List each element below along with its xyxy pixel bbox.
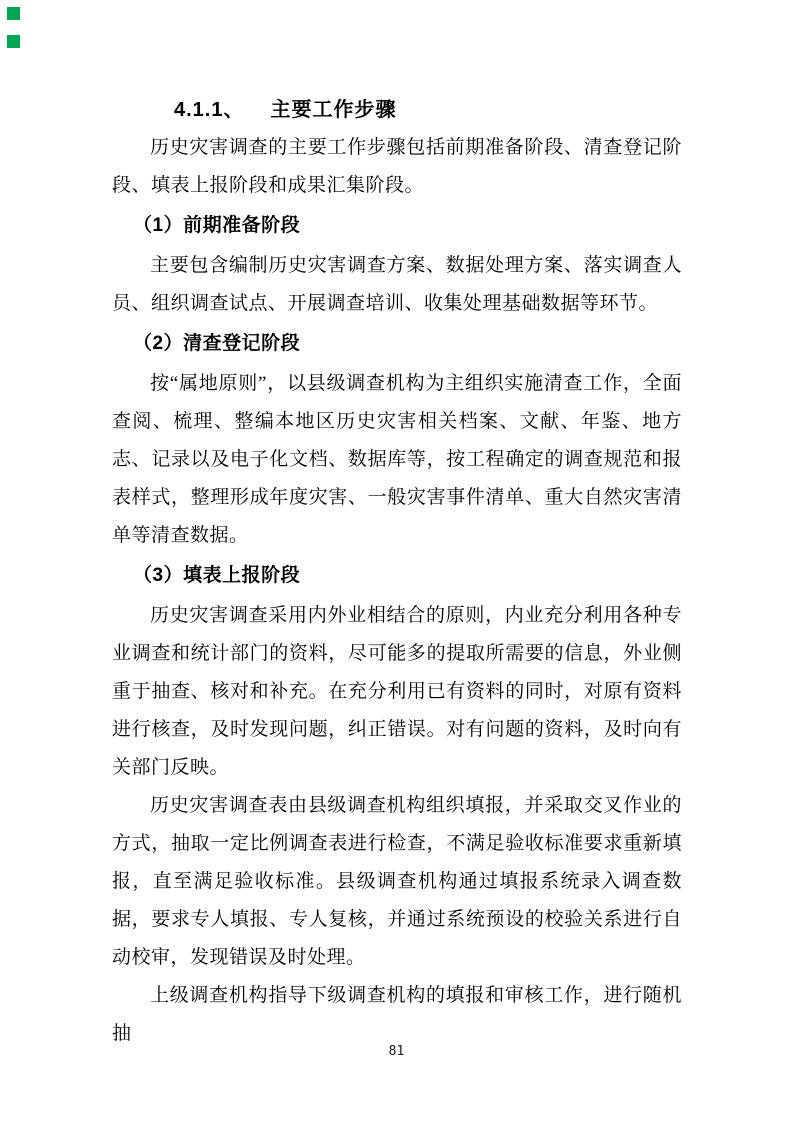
paragraph-stage-1: 主要包含编制历史灾害调查方案、数据处理方案、落实调查人员、组织调查试点、开展调查… xyxy=(112,247,682,323)
subheading-1: （1）前期准备阶段 xyxy=(112,205,682,247)
section-number: 4.1.1、 xyxy=(174,99,244,121)
green-corner-marker-bottom xyxy=(7,35,20,48)
page-number: 81 xyxy=(0,1044,793,1059)
document-page: 4.1.1、主要工作步骤 历史灾害调查的主要工作步骤包括前期准备阶段、清查登记阶… xyxy=(0,0,793,1122)
paragraph-stage-3c: 上级调查机构指导下级调查机构的填报和审核工作，进行随机抽 xyxy=(112,977,682,1053)
paragraph-stage-3a: 历史灾害调查采用内外业相结合的原则，内业充分利用各种专业调查和统计部门的资料，尽… xyxy=(112,597,682,787)
paragraph-stage-3b: 历史灾害调查表由县级调查机构组织填报，并采取交叉作业的方式，抽取一定比例调查表进… xyxy=(112,787,682,977)
subheading-3: （3）填表上报阶段 xyxy=(112,555,682,597)
page-content: 4.1.1、主要工作步骤 历史灾害调查的主要工作步骤包括前期准备阶段、清查登记阶… xyxy=(112,91,682,1053)
green-corner-marker-top xyxy=(7,7,20,20)
paragraph-stage-2: 按“属地原则”，以县级调查机构为主组织实施清查工作，全面查阅、梳理、整编本地区历… xyxy=(112,365,682,555)
section-heading: 4.1.1、主要工作步骤 xyxy=(112,91,682,129)
section-title: 主要工作步骤 xyxy=(270,99,396,121)
subheading-2: （2）清查登记阶段 xyxy=(112,323,682,365)
paragraph-intro: 历史灾害调查的主要工作步骤包括前期准备阶段、清查登记阶段、填表上报阶段和成果汇集… xyxy=(112,129,682,205)
